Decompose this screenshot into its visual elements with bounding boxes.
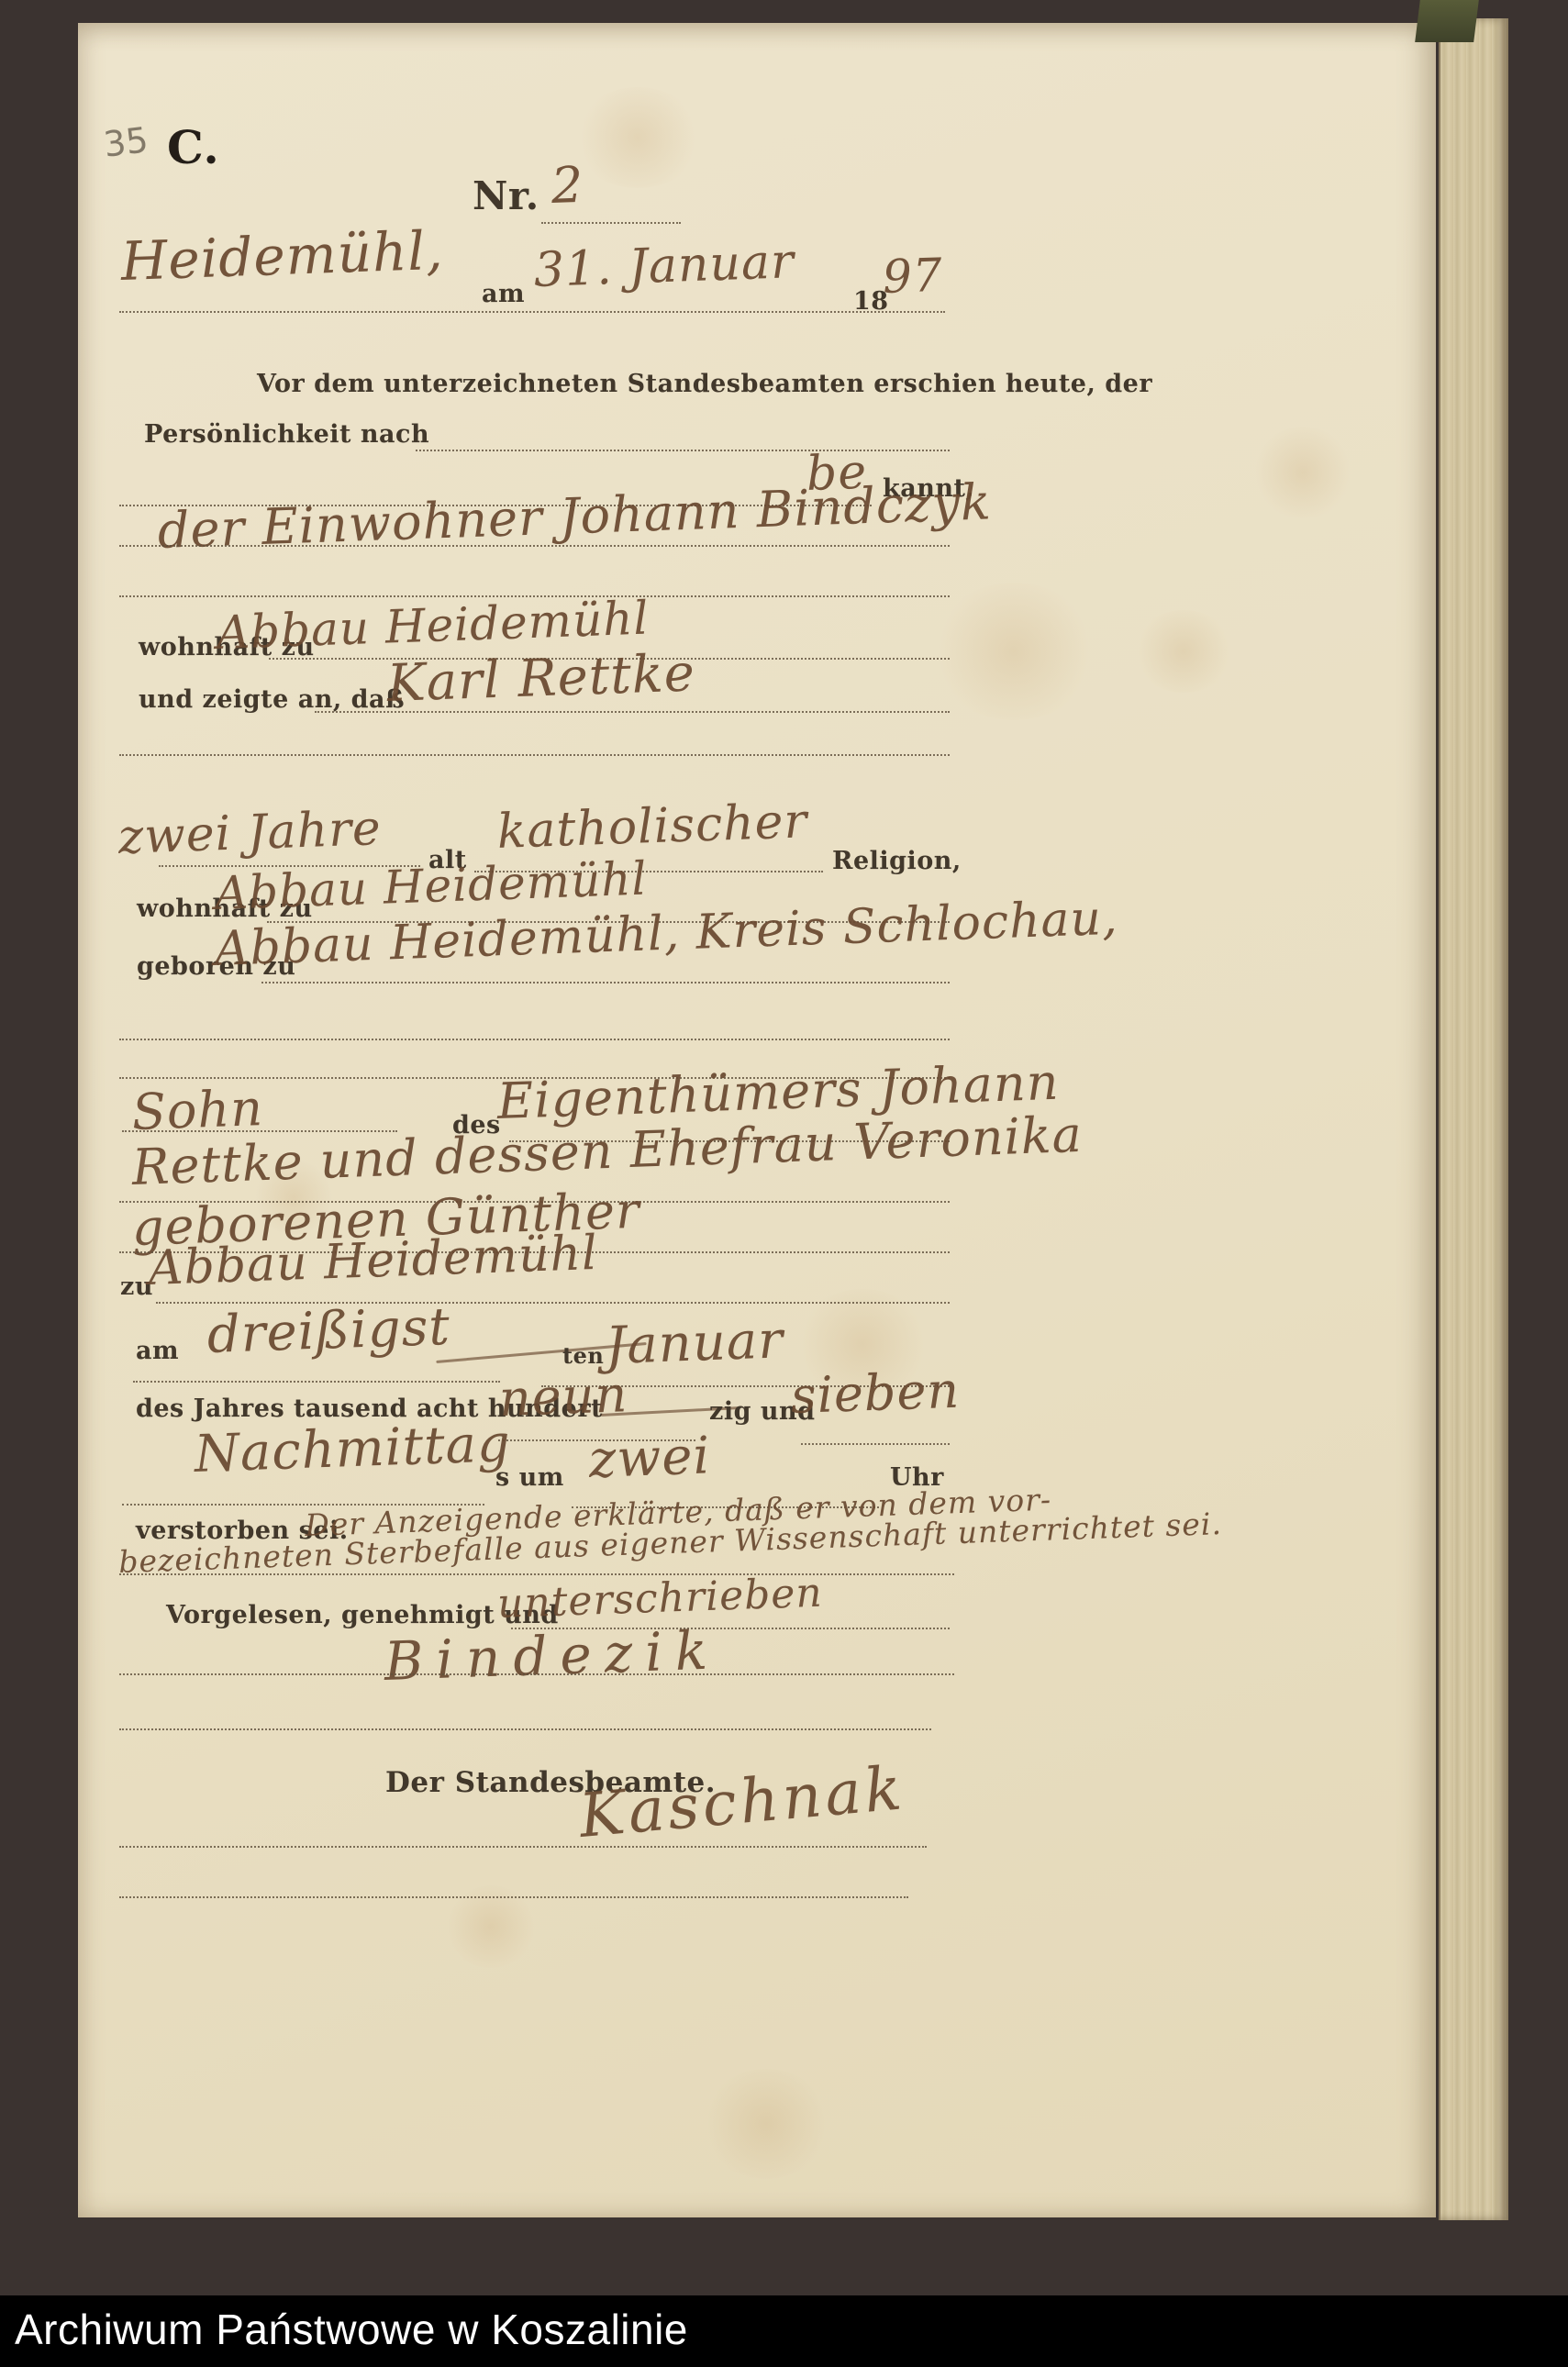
form-dotted-line bbox=[119, 543, 950, 547]
death-month-written: Januar bbox=[605, 1310, 784, 1376]
form-dotted-line bbox=[416, 448, 950, 451]
age-written: zwei Jahre bbox=[117, 801, 383, 865]
form-dotted-line bbox=[541, 220, 681, 224]
date-written: 31. Januar bbox=[533, 234, 795, 298]
identity-label: Persönlichkeit nach bbox=[144, 420, 429, 449]
intro-line: Vor dem unterzeichneten Standesbeamten e… bbox=[257, 370, 1152, 398]
paper-stain bbox=[702, 2069, 830, 2179]
hour-written: zwei bbox=[588, 1426, 712, 1490]
pencil-page-number: 35 bbox=[101, 119, 150, 165]
s-um-label: s um bbox=[495, 1463, 564, 1492]
document-page: 35 C. Nr. 2 Heidemühl, am 31. Januar 18 … bbox=[78, 23, 1436, 2217]
place-written: Heidemühl, bbox=[120, 219, 445, 293]
form-dotted-line bbox=[315, 709, 950, 713]
am-label: am bbox=[482, 280, 525, 308]
record-number-label: Nr. bbox=[473, 173, 539, 218]
form-dotted-line bbox=[801, 1441, 950, 1445]
religion-label: Religion, bbox=[832, 847, 962, 875]
death-year-written1: neun bbox=[498, 1365, 628, 1428]
ten-label: ten bbox=[562, 1342, 604, 1369]
form-dotted-line bbox=[119, 1572, 954, 1575]
adjacent-page-edge bbox=[1439, 18, 1508, 2220]
binding-tape bbox=[1415, 0, 1479, 42]
form-dotted-line bbox=[119, 1895, 908, 1898]
paper-stain bbox=[573, 87, 702, 188]
daytime-written: Nachmittag bbox=[194, 1414, 512, 1484]
form-dotted-line bbox=[119, 1727, 931, 1730]
deceased-name-written: Karl Rettke bbox=[386, 643, 696, 714]
scanned-death-record: 35 C. Nr. 2 Heidemühl, am 31. Januar 18 … bbox=[0, 0, 1568, 2367]
archive-caption: Archiwum Państwowe w Koszalinie bbox=[15, 2305, 688, 2354]
death-year-written2: sieben bbox=[790, 1361, 961, 1425]
form-dotted-line bbox=[119, 309, 945, 313]
form-dotted-line bbox=[133, 1379, 500, 1383]
death-day-written: dreißigst bbox=[206, 1297, 451, 1365]
declarant-signature: Bindezik bbox=[384, 1618, 721, 1693]
archive-caption-bar: Archiwum Państwowe w Koszalinie bbox=[0, 2295, 1568, 2367]
death-day-label: am bbox=[136, 1337, 179, 1365]
form-dotted-line bbox=[119, 1672, 954, 1675]
form-dotted-line bbox=[261, 980, 950, 983]
paper-stain bbox=[1133, 610, 1234, 693]
form-dotted-line bbox=[119, 752, 950, 756]
section-letter: C. bbox=[167, 120, 219, 174]
form-dotted-line bbox=[119, 1037, 950, 1040]
religion-written: katholischer bbox=[496, 794, 808, 860]
record-number-value: 2 bbox=[550, 156, 585, 215]
paper-stain bbox=[931, 583, 1096, 720]
year-written: 97 bbox=[882, 249, 944, 304]
closing-written: unterschrieben bbox=[496, 1570, 823, 1628]
paper-stain bbox=[1252, 427, 1353, 518]
form-dotted-line bbox=[119, 1844, 927, 1848]
